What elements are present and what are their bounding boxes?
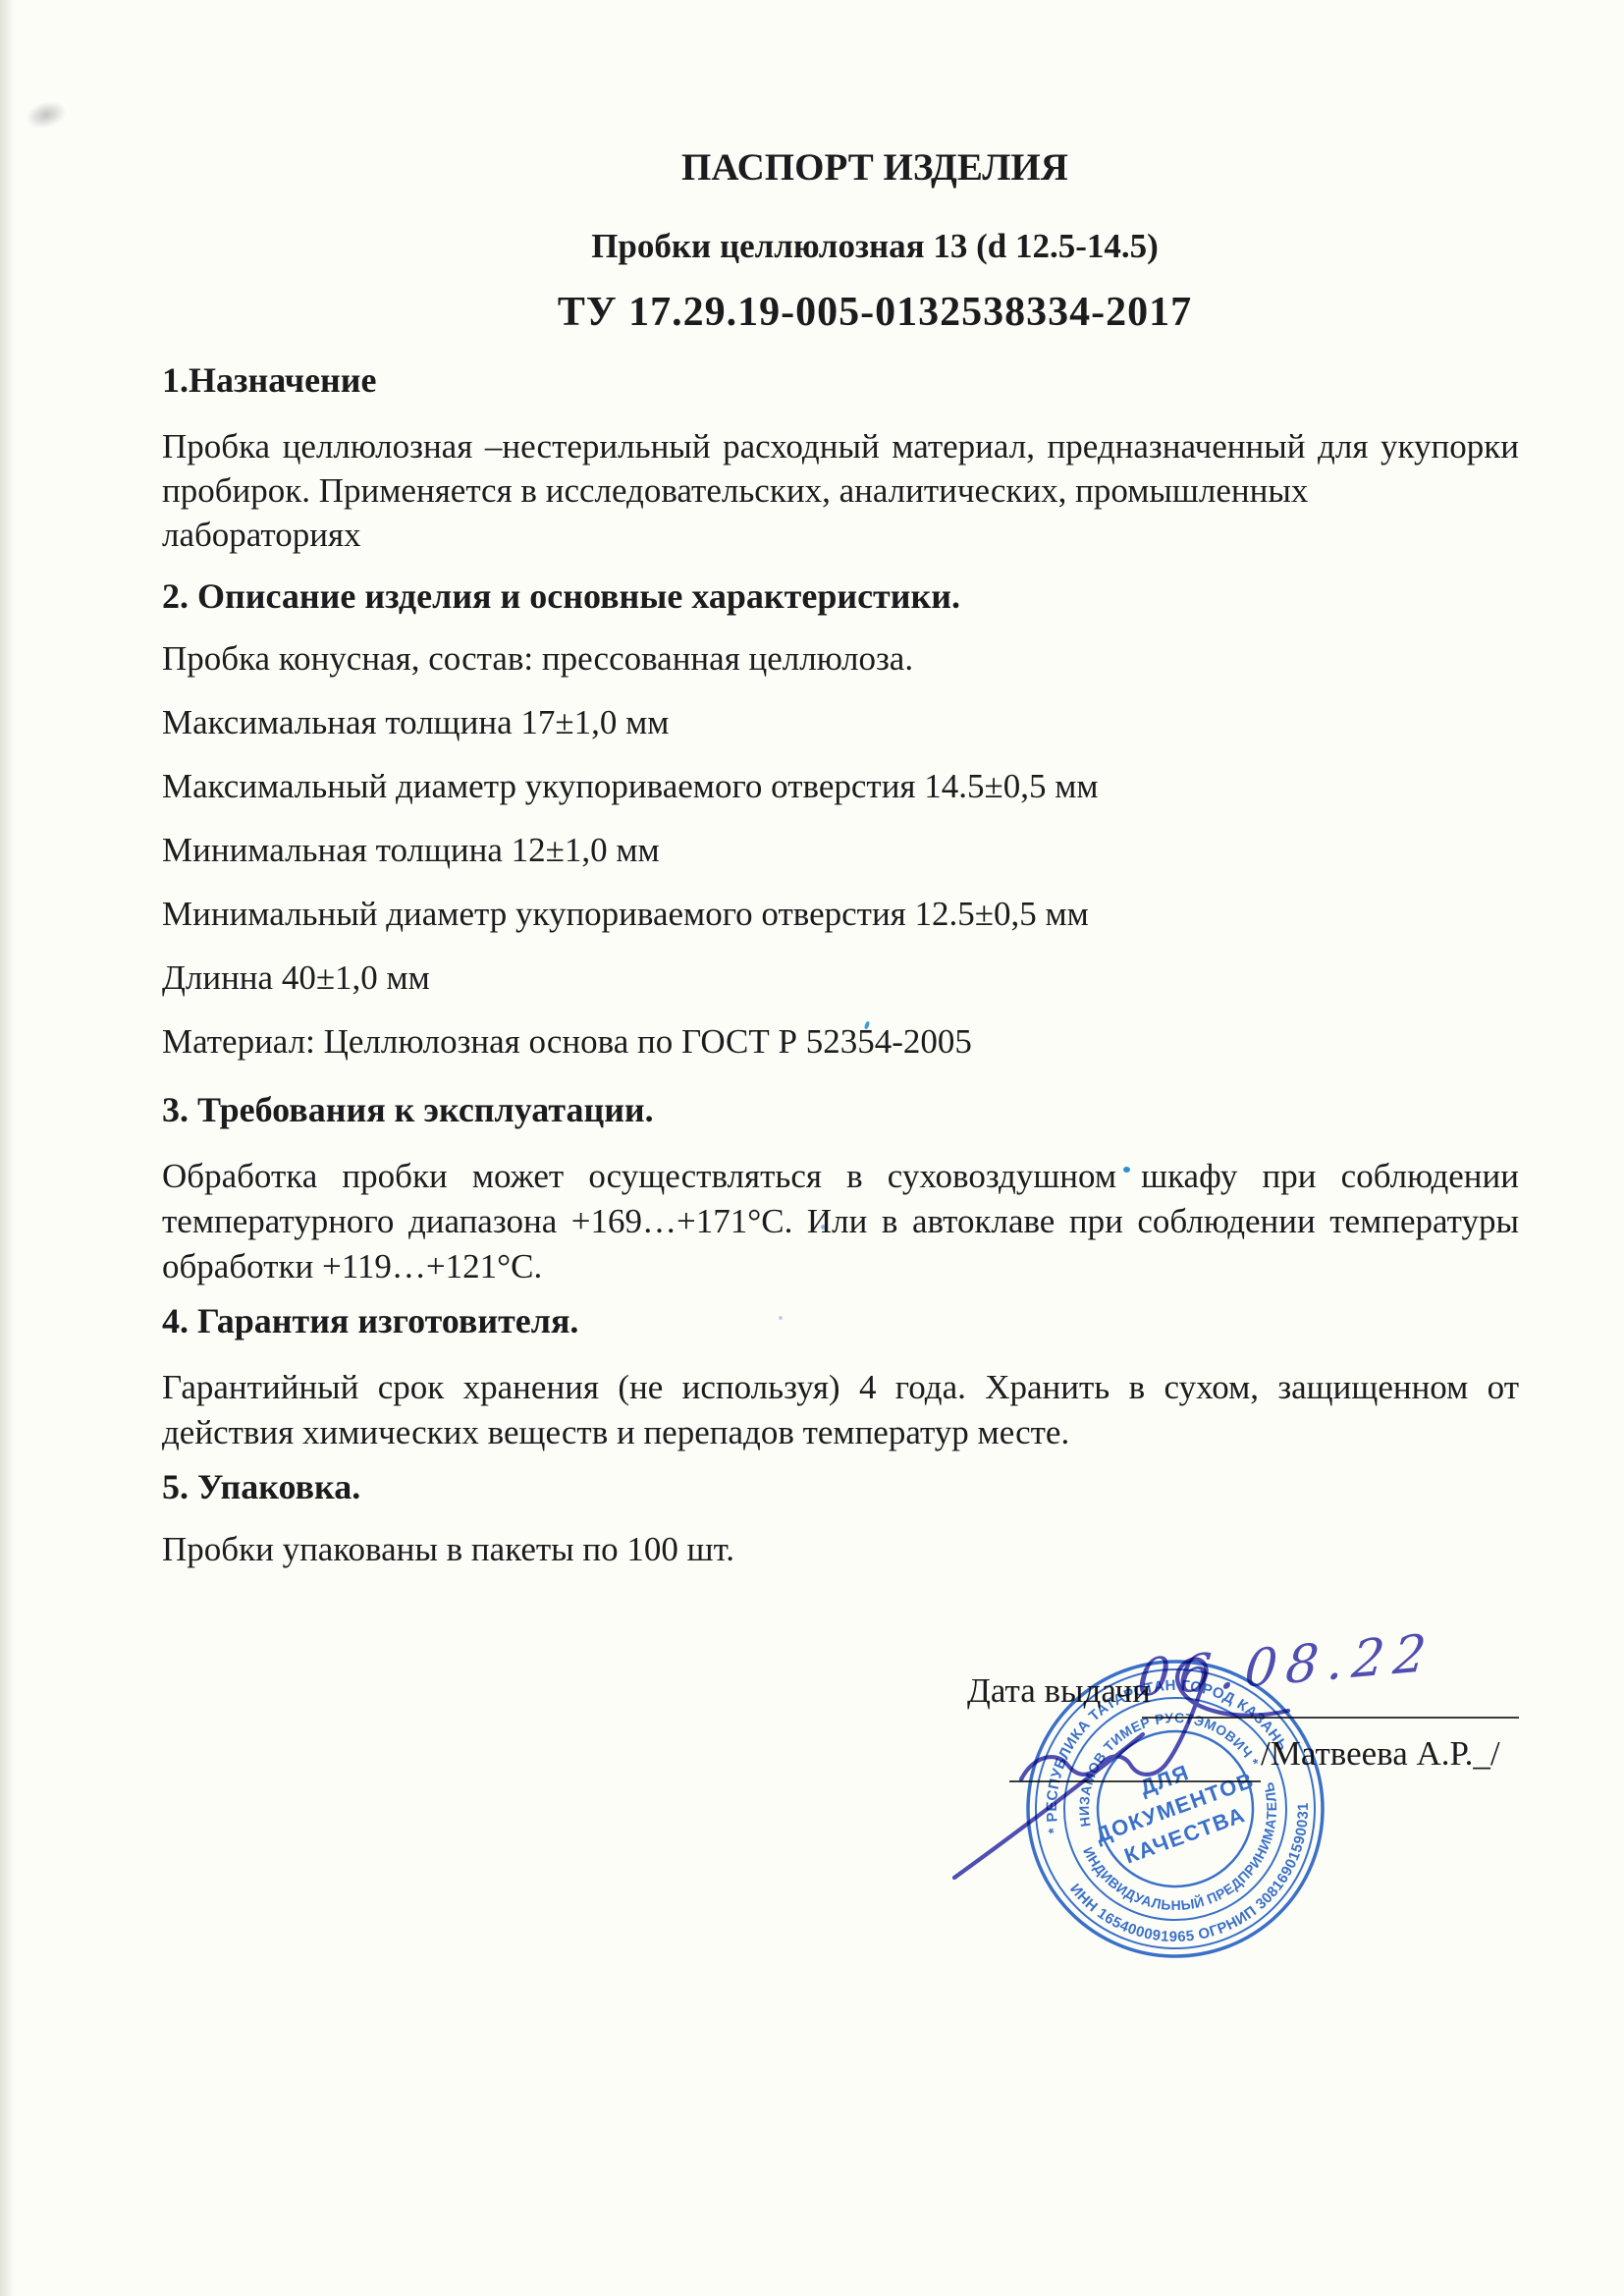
scan-smudge [23,97,69,133]
spec-item: Длинна 40±1,0 мм [162,956,1519,1000]
document-title: ПАСПОРТ ИЗДЕЛИЯ [162,145,1519,190]
paragraph-line: Пробка целлюлозная –нестерильный расходн… [162,424,1519,468]
paragraph-line: лабораториях [162,513,1519,557]
spec-item: Минимальный диаметр укупориваемого отвер… [162,892,1519,936]
section-1-heading: 1.Назначение [162,358,1519,403]
section-2-heading: 2. Описание изделия и основные характери… [162,574,1519,619]
section-1-paragraph: Пробка целлюлозная –нестерильный расходн… [162,424,1519,557]
paragraph-line: Обработка пробки может осуществляться в … [162,1154,1519,1199]
spec-item: Материал: Целлюлозная основа по ГОСТ Р 5… [162,1019,1519,1064]
spec-item: Максимальная толщина 17±1,0 мм [162,700,1519,744]
section-5-heading: 5. Упаковка. [162,1465,1519,1509]
paragraph-line: температурного диапазона +169…+171°С. Ил… [162,1199,1519,1244]
paragraph-line: действия химических веществ и перепадов … [162,1410,1519,1455]
handwritten-signature [923,1611,1394,2023]
section-4-paragraph: Гарантийный срок хранения (не используя)… [162,1365,1519,1455]
section-5-paragraph: Пробки упакованы в пакеты по 100 шт. [162,1527,1519,1571]
document-content: ПАСПОРТ ИЗДЕЛИЯ Пробки целлюлозная 13 (d… [162,0,1519,1571]
document-page: ПАСПОРТ ИЗДЕЛИЯ Пробки целлюлозная 13 (d… [0,0,1624,2296]
paragraph-line: пробирок. Применяется в исследовательски… [162,468,1519,513]
spec-item: Минимальная толщина 12±1,0 мм [162,828,1519,872]
section-3-heading: 3. Требования к эксплуатации. [162,1088,1519,1132]
scan-edge-shadow [0,0,14,2296]
spec-item: Максимальный диаметр укупориваемого отве… [162,764,1519,808]
product-name: Пробки целлюлозная 13 (d 12.5-14.5) [162,224,1519,268]
paragraph-line: обработки +119…+121°С. [162,1244,1519,1289]
paragraph-line: Пробки упакованы в пакеты по 100 шт. [162,1527,1519,1571]
section-3-paragraph: Обработка пробки может осуществляться в … [162,1154,1519,1289]
section-4-heading: 4. Гарантия изготовителя. [162,1299,1519,1343]
tu-number: ТУ 17.29.19-005-0132538334-2017 [162,287,1519,338]
paragraph-line: Гарантийный срок хранения (не используя)… [162,1365,1519,1410]
spec-item: Пробка конусная, состав: прессованная це… [162,636,1519,681]
